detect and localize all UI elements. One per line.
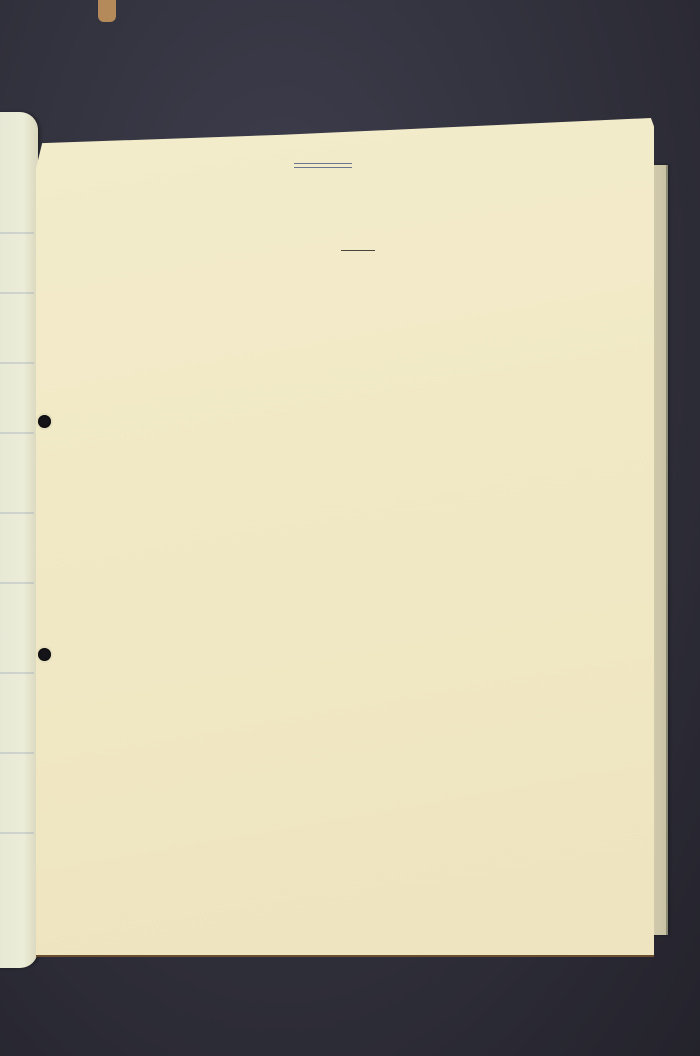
binder-tab	[98, 0, 116, 22]
chapter-double-underline	[294, 163, 352, 168]
typewritten-page	[36, 118, 654, 957]
punch-hole-upper	[38, 415, 51, 428]
header-separator	[341, 250, 375, 251]
punch-hole-lower	[38, 648, 51, 661]
left-facing-page	[0, 112, 38, 968]
